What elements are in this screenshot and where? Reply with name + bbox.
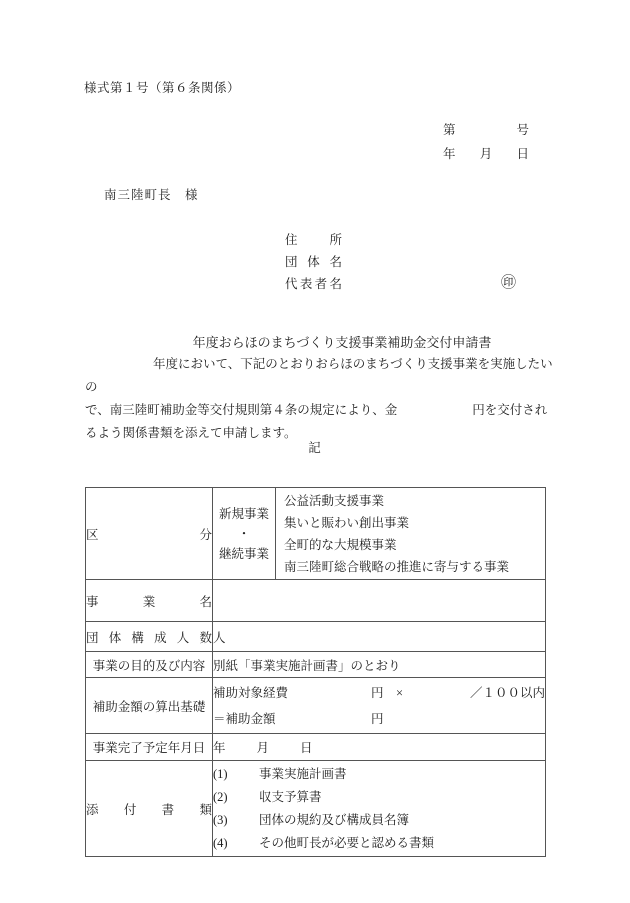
calc-expense-label: 補助対象経費	[213, 680, 371, 706]
project-name-row: 事業名	[86, 580, 546, 622]
project-name-label-cell: 事業名	[86, 580, 213, 622]
doc-number-prefix: 第	[443, 118, 456, 142]
members-label-cell: 団体構成人数	[86, 622, 213, 652]
attachment-number: (1)	[213, 763, 259, 786]
application-table: 区分 新規事業 ・ 継続事業 公益活動支援事業 集いと賑わい創出事業 全町的な大…	[85, 487, 546, 857]
calc-basis-row: 補助金額の算出基礎 補助対象経費 円 × ／１００以内 ＝補助金額 円	[86, 678, 546, 734]
purpose-row: 事業の目的及び内容 別紙「事業実施計画書」のとおり	[86, 652, 546, 678]
attachment-item: (4) その他町長が必要と認める書類	[213, 832, 545, 855]
application-form-page: 様式第１号（第６条関係） 第 号 年 月 日 南三陸町長 様 住所 団体名 代表…	[0, 0, 630, 903]
category-sub-cell: 新規事業 ・ 継続事業	[213, 488, 276, 580]
category-label-cell: 区分	[86, 488, 213, 580]
purpose-value-cell: 別紙「事業実施計画書」のとおり	[213, 652, 546, 678]
org-name-label: 団体名	[285, 251, 342, 273]
attachment-text: 団体の規約及び構成員名簿	[259, 809, 409, 832]
calc-rate: ／１００以内	[470, 680, 545, 706]
category-item: 集いと賑わい創出事業	[276, 512, 545, 534]
document-title: 年度おらほのまちづくり支援事業補助金交付申請書	[0, 332, 630, 351]
body-paragraph: 年度において、下記のとおりおらほのまちづくり支援事業を実施したいの で、南三陸町…	[85, 353, 553, 445]
attachment-text: その他町長が必要と認める書類	[259, 832, 434, 855]
attachment-number: (2)	[213, 786, 259, 809]
attachments-row: 添付書類 (1) 事業実施計画書 (2) 収支予算書 (3) 団体の規約及び構成…	[86, 761, 546, 857]
doc-number-suffix: 号	[516, 118, 529, 142]
category-item: 南三陸町総合戦略の推進に寄与する事業	[276, 556, 545, 578]
attachment-number: (4)	[213, 832, 259, 855]
ki-heading: 記	[0, 438, 630, 456]
completion-row: 事業完了予定年月日 年 月 日	[86, 734, 546, 761]
doc-number-line: 第 号	[443, 118, 529, 142]
representative-label: 代表者名	[285, 273, 342, 295]
seal-mark-icon: ㊞	[501, 271, 516, 292]
form-number: 様式第１号（第６条関係）	[84, 78, 240, 96]
members-row: 団体構成人数 人	[86, 622, 546, 652]
completion-value-cell: 年 月 日	[213, 734, 546, 761]
attachment-item: (3) 団体の規約及び構成員名簿	[213, 809, 545, 832]
doc-date-line: 年 月 日	[443, 142, 529, 166]
calc-yen-times: 円 ×	[371, 680, 403, 706]
doc-number-date-block: 第 号 年 月 日	[443, 118, 529, 166]
attachments-value-cell: (1) 事業実施計画書 (2) 収支予算書 (3) 団体の規約及び構成員名簿 (…	[213, 761, 546, 857]
date-month-label: 月	[480, 142, 493, 166]
calc-line-2: ＝補助金額 円	[213, 706, 545, 732]
calc-line-1: 補助対象経費 円 × ／１００以内	[213, 680, 545, 706]
project-name-value-cell	[213, 580, 546, 622]
attachment-item: (2) 収支予算書	[213, 786, 545, 809]
category-item: 全町的な大規模事業	[276, 534, 545, 556]
calc-yen: 円	[371, 706, 384, 732]
attachment-item: (1) 事業実施計画書	[213, 763, 545, 786]
calc-basis-value-cell: 補助対象経費 円 × ／１００以内 ＝補助金額 円	[213, 678, 546, 734]
calc-basis-label-cell: 補助金額の算出基礎	[86, 678, 213, 734]
purpose-label-cell: 事業の目的及び内容	[86, 652, 213, 678]
signature-org-row: 団体名	[285, 251, 342, 273]
attachment-text: 収支予算書	[259, 786, 322, 809]
date-day-label: 日	[516, 142, 529, 166]
category-items-cell: 公益活動支援事業 集いと賑わい創出事業 全町的な大規模事業 南三陸町総合戦略の推…	[276, 488, 546, 580]
attachment-text: 事業実施計画書	[259, 763, 347, 786]
signature-block: 住所 団体名 代表者名	[285, 229, 342, 295]
category-item: 公益活動支援事業	[276, 490, 545, 512]
category-row: 区分 新規事業 ・ 継続事業 公益活動支援事業 集いと賑わい創出事業 全町的な大…	[86, 488, 546, 580]
address-label: 住所	[285, 229, 342, 251]
attachments-label-cell: 添付書類	[86, 761, 213, 857]
signature-representative-row: 代表者名	[285, 273, 342, 295]
members-value-cell: 人	[213, 622, 546, 652]
body-line-1: 年度において、下記のとおりおらほのまちづくり支援事業を実施したいの	[85, 353, 553, 399]
body-line-2: で、南三陸町補助金等交付規則第４条の規定により、金 円を交付され	[85, 399, 553, 422]
date-year-label: 年	[443, 142, 456, 166]
completion-label-cell: 事業完了予定年月日	[86, 734, 213, 761]
attachment-number: (3)	[213, 809, 259, 832]
signature-address-row: 住所	[285, 229, 342, 251]
calc-equals-label: ＝補助金額	[213, 706, 371, 732]
addressee: 南三陸町長 様	[104, 185, 199, 203]
